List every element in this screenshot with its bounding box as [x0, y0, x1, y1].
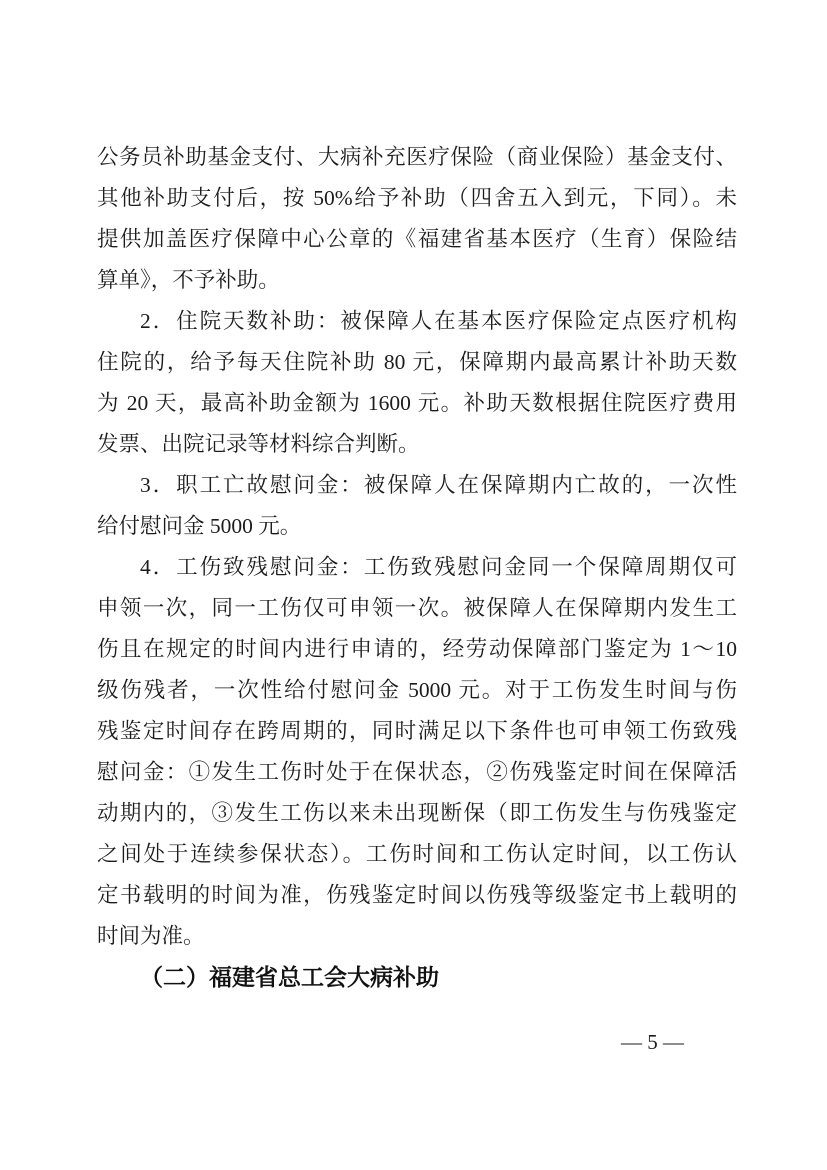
text-line: 动期内的，③发生工伤以来未出现断保（即工伤发生与伤残鉴定: [97, 793, 737, 834]
paragraph: 公务员补助基金支付、大病补充医疗保险（商业保险）基金支付、其他补助支付后，按 5…: [97, 137, 737, 301]
text-line: 定书载明的时间为准，伤残鉴定时间以伤残等级鉴定书上载明的: [97, 875, 737, 916]
text-line: 提供加盖医疗保障中心公章的《福建省基本医疗（生育）保险结: [97, 219, 737, 260]
text-line: 住院的，给予每天住院补助 80 元，保障期内最高累计补助天数: [97, 342, 737, 383]
paragraph: 2．住院天数补助：被保障人在基本医疗保险定点医疗机构住院的，给予每天住院补助 8…: [97, 301, 737, 465]
text-line: 之间处于连续参保状态）。工伤时间和工伤认定时间，以工伤认: [97, 834, 737, 875]
text-line: （二）福建省总工会大病补助: [97, 957, 737, 998]
text-line: 级伤残者，一次性给付慰问金 5000 元。对于工伤发生时间与伤: [97, 670, 737, 711]
text-line: 公务员补助基金支付、大病补充医疗保险（商业保险）基金支付、: [97, 137, 737, 178]
text-line: 时间为准。: [97, 916, 737, 957]
text-line: 算单》，不予补助。: [97, 260, 737, 301]
text-line: 伤且在规定的时间内进行申请的，经劳动保障部门鉴定为 1～10: [97, 629, 737, 670]
text-line: 其他补助支付后，按 50%给予补助（四舍五入到元，下同）。未: [97, 178, 737, 219]
text-line: 2．住院天数补助：被保障人在基本医疗保险定点医疗机构: [97, 301, 737, 342]
text-line: 申领一次，同一工伤仅可申领一次。被保障人在保障期内发生工: [97, 588, 737, 629]
text-line: 为 20 天，最高补助金额为 1600 元。补助天数根据住院医疗费用: [97, 383, 737, 424]
section-heading: （二）福建省总工会大病补助: [97, 957, 737, 998]
text-line: 给付慰问金 5000 元。: [97, 506, 737, 547]
page-number: — 5 —: [560, 1030, 745, 1054]
document-body: 公务员补助基金支付、大病补充医疗保险（商业保险）基金支付、其他补助支付后，按 5…: [97, 137, 737, 998]
text-line: 残鉴定时间存在跨周期的，同时满足以下条件也可申领工伤致残: [97, 711, 737, 752]
text-line: 3．职工亡故慰问金：被保障人在保障期内亡故的，一次性: [97, 465, 737, 506]
text-line: 慰问金：①发生工伤时处于在保状态，②伤残鉴定时间在保障活: [97, 752, 737, 793]
paragraph: 3．职工亡故慰问金：被保障人在保障期内亡故的，一次性给付慰问金 5000 元。: [97, 465, 737, 547]
document-page: 公务员补助基金支付、大病补充医疗保险（商业保险）基金支付、其他补助支付后，按 5…: [0, 0, 827, 1170]
text-line: 发票、出院记录等材料综合判断。: [97, 424, 737, 465]
paragraph: 4．工伤致残慰问金：工伤致残慰问金同一个保障周期仅可申领一次，同一工伤仅可申领一…: [97, 547, 737, 957]
text-line: 4．工伤致残慰问金：工伤致残慰问金同一个保障周期仅可: [97, 547, 737, 588]
